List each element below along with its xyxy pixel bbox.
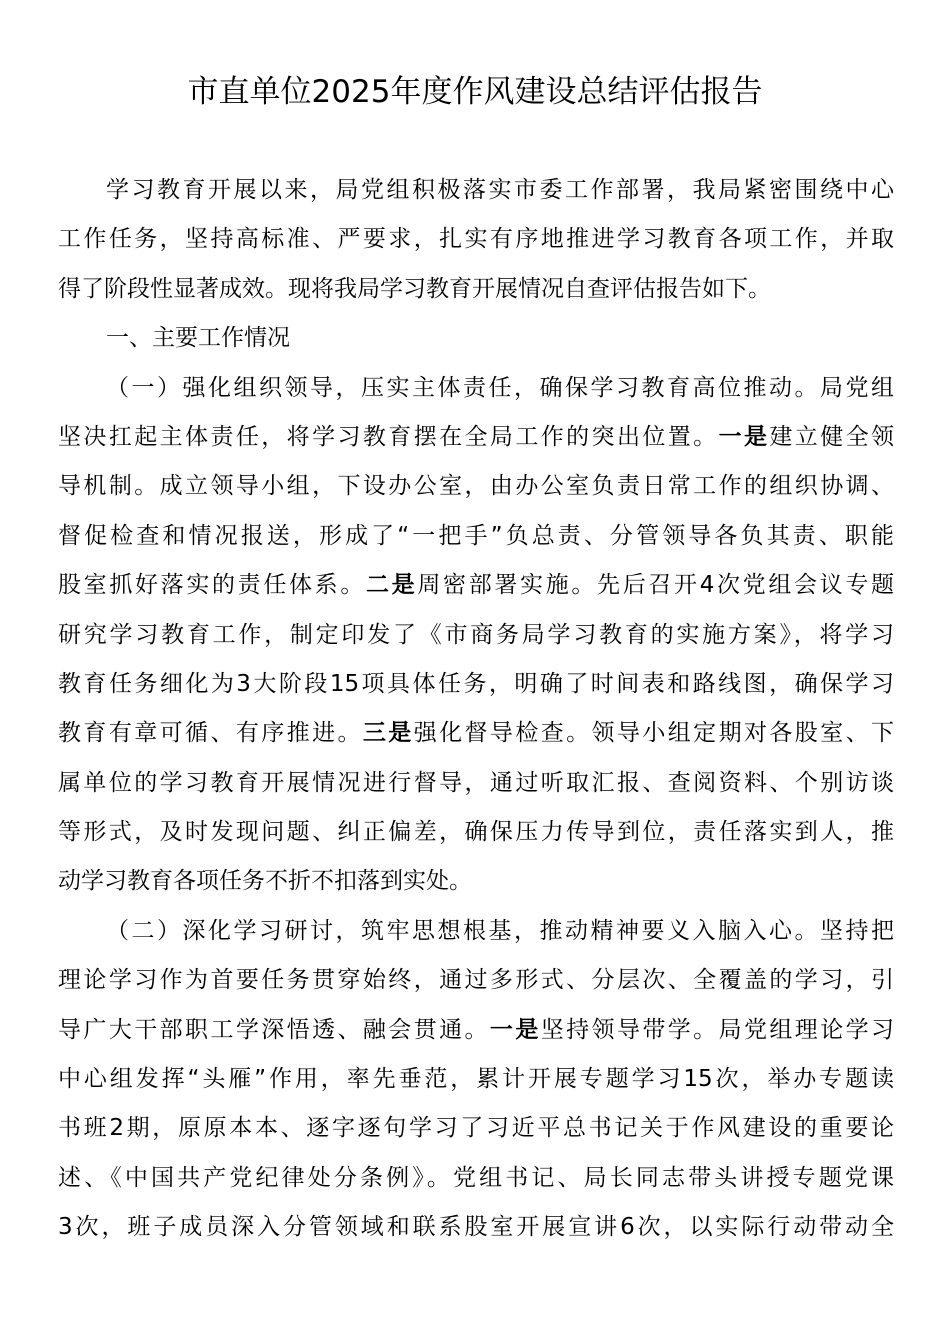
text-segment: 属单位的学习教育开展情况进行督导，通过听取汇报、查阅资料、个别访谈 [58, 770, 894, 796]
text-segment: 教育有章可循、有序推进。 [58, 720, 363, 746]
bold-keyword: 二是 [366, 572, 417, 598]
text-line: 工作任务，坚持高标准、严要求，扎实有序地推进学习教育各项工作，并取 [58, 215, 894, 264]
text-segment: 述、《中国共产党纪律处分条例》。党组书记、局长同志带头讲授专题党课 [58, 1165, 894, 1191]
text-segment: 建立健全领 [769, 424, 894, 450]
text-line: 3次，班子成员深入分管领域和联系股室开展宣讲6次，以实际行动带动全 [58, 1203, 894, 1252]
text-segment: 中心组发挥“头雁”作用，率先垂范，累计开展专题学习15次，举办专题读 [58, 1066, 894, 1092]
text-segment: 一、主要工作情况 [106, 325, 290, 351]
text-line: 教育任务细化为3大阶段15项具体任务，明确了时间表和路线图，确保学习 [58, 660, 894, 709]
bold-keyword: 三是 [363, 720, 414, 746]
text-segment: 教育任务细化为3大阶段15项具体任务，明确了时间表和路线图，确保学习 [58, 671, 894, 697]
text-segment: 理论学习作为首要任务贯穿始终，通过多形式、分层次、全覆盖的学习，引 [58, 967, 894, 993]
text-line: 教育有章可循、有序推进。三是强化督导检查。领导小组定期对各股室、下 [58, 709, 894, 758]
text-line: 中心组发挥“头雁”作用，率先垂范，累计开展专题学习15次，举办专题读 [58, 1055, 894, 1104]
text-segment: 学习教育开展以来，局党组积极落实市委工作部署，我局紧密围绕中心 [106, 177, 894, 203]
text-segment: （一）强化组织领导，压实主体责任，确保学习教育高位推动。局党组 [106, 375, 894, 401]
text-line: 学习教育开展以来，局党组积极落实市委工作部署，我局紧密围绕中心 [58, 166, 894, 215]
text-line: 属单位的学习教育开展情况进行督导，通过听取汇报、查阅资料、个别访谈 [58, 759, 894, 808]
text-segment: 导机制。成立领导小组，下设办公室，由办公室负责日常工作的组织协调、 [58, 473, 894, 499]
text-line: 导广大干部职工学深悟透、融会贯通。一是坚持领导带学。局党组理论学习 [58, 1006, 894, 1055]
text-segment: 坚决扛起主体责任，将学习教育摆在全局工作的突出位置。 [58, 424, 719, 450]
text-segment: 研究学习教育工作，制定印发了《市商务局学习教育的实施方案》，将学习 [58, 622, 894, 648]
text-line: 理论学习作为首要任务贯穿始终，通过多形式、分层次、全覆盖的学习，引 [58, 956, 894, 1005]
bold-keyword: 一是 [490, 1017, 541, 1043]
text-segment: 书班2期，原原本本、逐字逐句学习了习近平总书记关于作风建设的重要论 [58, 1115, 894, 1141]
text-line: 研究学习教育工作，制定印发了《市商务局学习教育的实施方案》，将学习 [58, 611, 894, 660]
text-line: 动学习教育各项任务不折不扣落到实处。 [58, 857, 894, 906]
text-line: （一）强化组织领导，压实主体责任，确保学习教育高位推动。局党组 [58, 364, 894, 413]
text-line: 坚决扛起主体责任，将学习教育摆在全局工作的突出位置。一是建立健全领 [58, 413, 894, 462]
text-line: 书班2期，原原本本、逐字逐句学习了习近平总书记关于作风建设的重要论 [58, 1104, 894, 1153]
text-segment: 导广大干部职工学深悟透、融会贯通。 [58, 1017, 490, 1043]
text-line: 导机制。成立领导小组，下设办公室，由办公室负责日常工作的组织协调、 [58, 462, 894, 511]
text-segment: 坚持领导带学。局党组理论学习 [541, 1017, 894, 1043]
text-line: 得了阶段性显著成效。现将我局学习教育开展情况自查评估报告如下。 [58, 265, 894, 314]
document-page: 市直单位2025年度作风建设总结评估报告 学习教育开展以来，局党组积极落实市委工… [0, 0, 950, 1344]
text-segment: 周密部署实施。先后召开4次党组会议专题 [417, 572, 894, 598]
text-line: 述、《中国共产党纪律处分条例》。党组书记、局长同志带头讲授专题党课 [58, 1154, 894, 1203]
text-line: 督促检查和情况报送，形成了“一把手”负总责、分管领导各负其责、职能 [58, 512, 894, 561]
text-segment: 动学习教育各项任务不折不扣落到实处。 [58, 868, 472, 894]
document-title: 市直单位2025年度作风建设总结评估报告 [0, 70, 950, 114]
text-line: 股室抓好落实的责任体系。二是周密部署实施。先后召开4次党组会议专题 [58, 561, 894, 610]
text-line: （二）深化学习研讨，筑牢思想根基，推动精神要义入脑入心。坚持把 [58, 907, 894, 956]
text-segment: 股室抓好落实的责任体系。 [58, 572, 366, 598]
text-line: 一、主要工作情况 [58, 314, 894, 363]
text-segment: 工作任务，坚持高标准、严要求，扎实有序地推进学习教育各项工作，并取 [58, 226, 894, 252]
text-segment: 强化督导检查。领导小组定期对各股室、下 [414, 720, 894, 746]
text-line: 等形式，及时发现问题、纠正偏差，确保压力传导到位，责任落实到人，推 [58, 808, 894, 857]
text-segment: （二）深化学习研讨，筑牢思想根基，推动精神要义入脑入心。坚持把 [106, 918, 894, 944]
text-segment: 督促检查和情况报送，形成了“一把手”负总责、分管领导各负其责、职能 [58, 523, 894, 549]
text-segment: 等形式，及时发现问题、纠正偏差，确保压力传导到位，责任落实到人，推 [58, 819, 894, 845]
document-body: 学习教育开展以来，局党组积极落实市委工作部署，我局紧密围绕中心工作任务，坚持高标… [58, 166, 894, 1253]
bold-keyword: 一是 [719, 424, 770, 450]
text-segment: 3次，班子成员深入分管领域和联系股室开展宣讲6次，以实际行动带动全 [58, 1214, 894, 1240]
text-segment: 得了阶段性显著成效。现将我局学习教育开展情况自查评估报告如下。 [58, 276, 771, 302]
